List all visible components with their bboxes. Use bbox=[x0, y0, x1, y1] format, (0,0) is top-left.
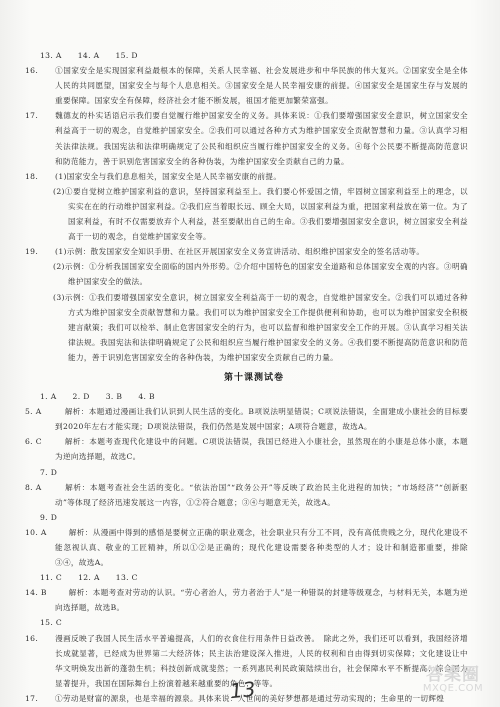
section-question-5: 5. A 解析：本题通过漫画让我们认识到人民生活的变化。B项说法明显错误；C项说… bbox=[40, 404, 468, 434]
question-16: 16.①国家安全是实现国家利益最根本的保障，关系人民幸福、社会发展进步和中华民族… bbox=[40, 63, 468, 108]
section-question-15: 15. C bbox=[40, 615, 468, 630]
question-19-part-3: (3)示例：①我们要增强国家安全意识，树立国家安全利益高于一切的观念，自觉维护国… bbox=[40, 290, 468, 365]
question-number: 16. bbox=[40, 63, 55, 78]
section-question-10: 10. A 解析：从漫画中得到的感悟是要树立正确的职业观念，社会职业只有分工不同… bbox=[40, 525, 468, 570]
question-number: 8. A bbox=[40, 480, 62, 495]
question-number: 10. A bbox=[40, 525, 66, 540]
question-number: 5. A bbox=[40, 404, 62, 419]
answers-13-15: 13. A 14. A 15. D bbox=[40, 48, 468, 63]
section-title: 第十课测试卷 bbox=[40, 371, 468, 386]
answer-11: 11. C bbox=[40, 570, 62, 585]
question-number: 18. bbox=[40, 169, 55, 184]
answer-12: 12. A bbox=[78, 570, 100, 585]
explanation-text: 解析：从漫画中得到的感悟是要树立正确的职业观念，社会职业只有分工不同，没有高低贵… bbox=[55, 528, 468, 567]
watermark-url: MXQE.COM bbox=[410, 683, 496, 694]
question-number: 16. bbox=[40, 631, 55, 646]
answer-part-1: (1)示例：散发国家安全知识手册、在社区开展国家安全义务宣讲活动、组织维护国家安… bbox=[55, 247, 424, 256]
explanation-text: 解析：本题考查现代化建设中的问题。C项说法错误，我国已经进入小康社会，虽然现在的… bbox=[55, 437, 468, 461]
watermark-text: 答案圈 bbox=[410, 660, 496, 685]
question-19-part-2: (2)示例：①分析我国国家安全面临的国内外形势。②介绍中国特色的国家安全道路和总… bbox=[40, 259, 468, 289]
answer-2: 2. D bbox=[73, 389, 90, 404]
answer-part-2: (2)①要自觉树立维护国家利益的意识，坚持国家利益至上。我们要心怀爱国之情，牢固… bbox=[53, 187, 468, 241]
section-question-8: 8. A 解析：本题考查社会生活的变化。“依法治国”“政务公开”等反映了政治民主… bbox=[40, 480, 468, 510]
question-19: 19.(1)示例：散发国家安全知识手册、在社区开展国家安全义务宣讲活动、组织维护… bbox=[40, 244, 468, 259]
answers-11-13: 11. C 12. A 13. C bbox=[40, 570, 468, 585]
section-question-7: 7. D bbox=[40, 465, 468, 480]
explanation-text: 解析：本题通过漫画让我们认识到人民生活的变化。B项说法明显错误；C项说法错误，全… bbox=[55, 407, 468, 431]
answer-4: 4. B bbox=[138, 389, 155, 404]
answer-text: 漫画反映了我国人民生活水平普遍提高，人们的衣食住行用条件日益改善。 除此之外，我… bbox=[55, 634, 468, 688]
question-number: 17. bbox=[40, 108, 55, 123]
answer-key-page: 13. A 14. A 15. D 16.①国家安全是实现国家利益最根本的保障，… bbox=[0, 0, 500, 707]
question-17: 17.魏德友的朴实话语启示我们要自觉履行维护国家安全的义务。具体来说：①我们要增… bbox=[40, 108, 468, 168]
answer-part-3: (3)示例：①我们要增强国家安全意识，树立国家安全利益高于一切的观念，自觉维护国… bbox=[53, 293, 468, 362]
answer-text: 魏德友的朴实话语启示我们要自觉履行维护国家安全的义务。具体来说：①我们要增强国家… bbox=[55, 111, 468, 165]
page-content: 13. A 14. A 15. D 16.①国家安全是实现国家利益最根本的保障，… bbox=[40, 48, 468, 706]
answer-14: 14. A bbox=[78, 48, 100, 63]
question-18-part-2: (2)①要自觉树立维护国家利益的意识，坚持国家利益至上。我们要心怀爱国之情，牢固… bbox=[40, 184, 468, 244]
answer-13b: 13. C bbox=[116, 570, 138, 585]
answer-text: ①国家安全是实现国家利益最根本的保障，关系人民幸福、社会发展进步和中华民族的伟大… bbox=[55, 66, 468, 105]
question-number: 19. bbox=[40, 244, 55, 259]
answer-part-2: (2)示例：①分析我国国家安全面临的国内外形势。②介绍中国特色的国家安全道路和总… bbox=[53, 262, 468, 286]
handwritten-page-number: 13 bbox=[229, 677, 257, 704]
section-question-9: 9. D bbox=[40, 510, 468, 525]
answers-1-4: 1. A 2. D 3. B 4. B bbox=[40, 389, 468, 404]
section-question-6: 6. C 解析：本题考查现代化建设中的问题。C项说法错误，我国已经进入小康社会，… bbox=[40, 434, 468, 464]
section-question-14: 14. B 解析：本题考查对劳动的认识。“劳心者治人，劳力者治于人”是一种错误的… bbox=[40, 585, 468, 615]
answer-15: 15. D bbox=[115, 48, 137, 63]
question-number: 17. bbox=[40, 691, 55, 706]
question-18: 18.(1)国家安全与我们息息相关，国家安全是人民幸福安康的前提。 bbox=[40, 169, 468, 184]
explanation-text: 解析：本题考查社会生活的变化。“依法治国”“政务公开”等反映了政治民主化进程的加… bbox=[55, 483, 468, 507]
answer-1: 1. A bbox=[40, 389, 57, 404]
question-number: 6. C bbox=[40, 434, 62, 449]
answer-13: 13. A bbox=[40, 48, 62, 63]
watermark-logo: 答案圈 MXQE.COM bbox=[410, 660, 496, 694]
explanation-text: 解析：本题考查对劳动的认识。“劳心者治人，劳力者治于人”是一种错误的封建等级观念… bbox=[55, 588, 468, 612]
answer-part-1: (1)国家安全与我们息息相关，国家安全是人民幸福安康的前提。 bbox=[55, 172, 281, 181]
question-number: 14. B bbox=[40, 585, 66, 600]
answer-3: 3. B bbox=[106, 389, 123, 404]
